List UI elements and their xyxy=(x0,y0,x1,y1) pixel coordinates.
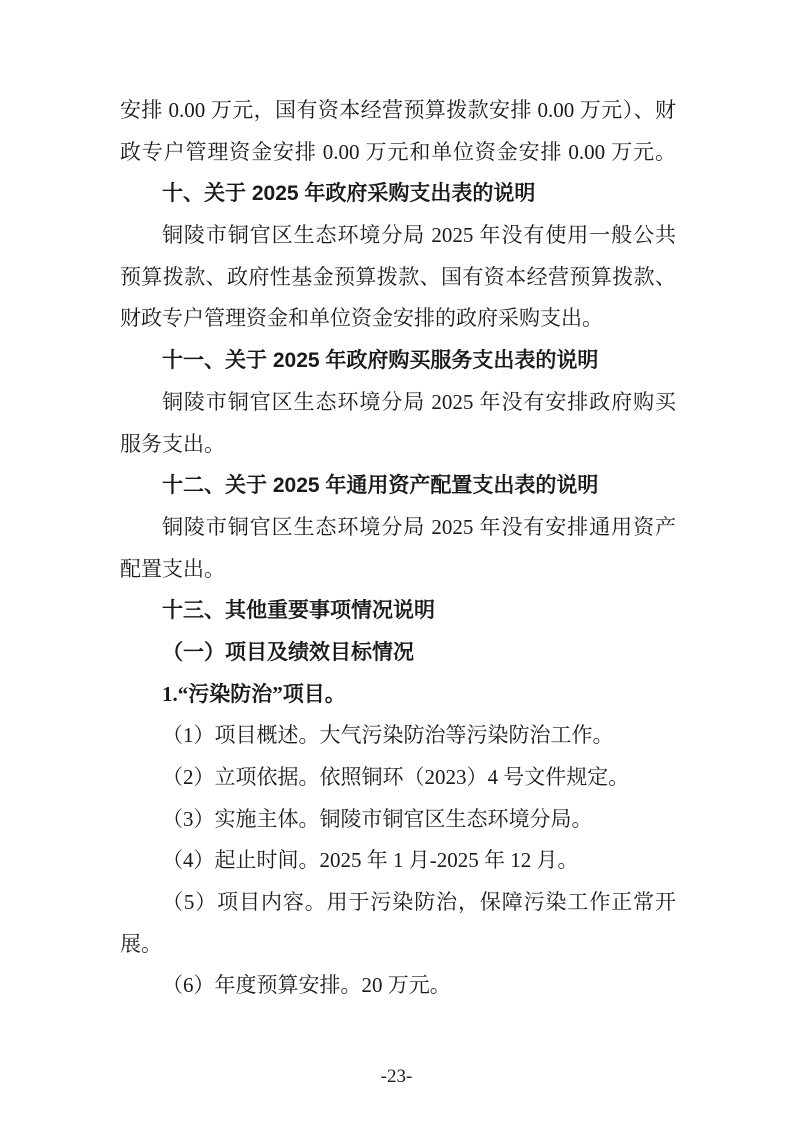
project-item-5-line: 展。 xyxy=(120,924,676,966)
section-10-para-line: 预算拨款、政府性基金预算拨款、国有资本经营预算拨款、 xyxy=(120,257,676,299)
section-12-para-line: 铜陵市铜官区生态环境分局 2025 年没有安排通用资产 xyxy=(120,507,676,549)
page-number: -23- xyxy=(0,1063,793,1091)
section-13-heading: 十三、其他重要事项情况说明 xyxy=(120,590,676,632)
section-10-heading: 十、关于 2025 年政府采购支出表的说明 xyxy=(120,173,676,215)
section-12-heading: 十二、关于 2025 年通用资产配置支出表的说明 xyxy=(120,465,676,507)
section-10-para-line: 铜陵市铜官区生态环境分局 2025 年没有使用一般公共 xyxy=(120,215,676,257)
project-item-1-line: （1）项目概述。大气污染防治等污染防治工作。 xyxy=(120,715,676,757)
section-13-subheading: （一）项目及绩效目标情况 xyxy=(120,632,676,674)
project-item-2-line: （2）立项依据。依照铜环（2023）4 号文件规定。 xyxy=(120,757,676,799)
document-page: 安排 0.00 万元，国有资本经营预算拨款安排 0.00 万元）、财 政专户管理… xyxy=(0,0,793,1122)
project-1-heading: 1.“污染防治”项目。 xyxy=(120,674,676,716)
section-10-para-line: 财政专户管理资金和单位资金安排的政府采购支出。 xyxy=(120,298,676,340)
section-11-para-line: 铜陵市铜官区生态环境分局 2025 年没有安排政府购买 xyxy=(120,382,676,424)
document-body: 安排 0.00 万元，国有资本经营预算拨款安排 0.00 万元）、财 政专户管理… xyxy=(120,90,676,1007)
section-11-para-line: 服务支出。 xyxy=(120,424,676,466)
section-12-para-line: 配置支出。 xyxy=(120,549,676,591)
project-item-6-line: （6）年度预算安排。20 万元。 xyxy=(120,965,676,1007)
section-11-heading: 十一、关于 2025 年政府购买服务支出表的说明 xyxy=(120,340,676,382)
project-item-5-line: （5）项目内容。用于污染防治，保障污染工作正常开 xyxy=(120,882,676,924)
project-item-4-line: （4）起止时间。2025 年 1 月-2025 年 12 月。 xyxy=(120,840,676,882)
carryover-paragraph-line: 安排 0.00 万元，国有资本经营预算拨款安排 0.00 万元）、财 xyxy=(120,90,676,132)
carryover-paragraph-line: 政专户管理资金安排 0.00 万元和单位资金安排 0.00 万元。 xyxy=(120,132,676,174)
project-item-3-line: （3）实施主体。铜陵市铜官区生态环境分局。 xyxy=(120,799,676,841)
